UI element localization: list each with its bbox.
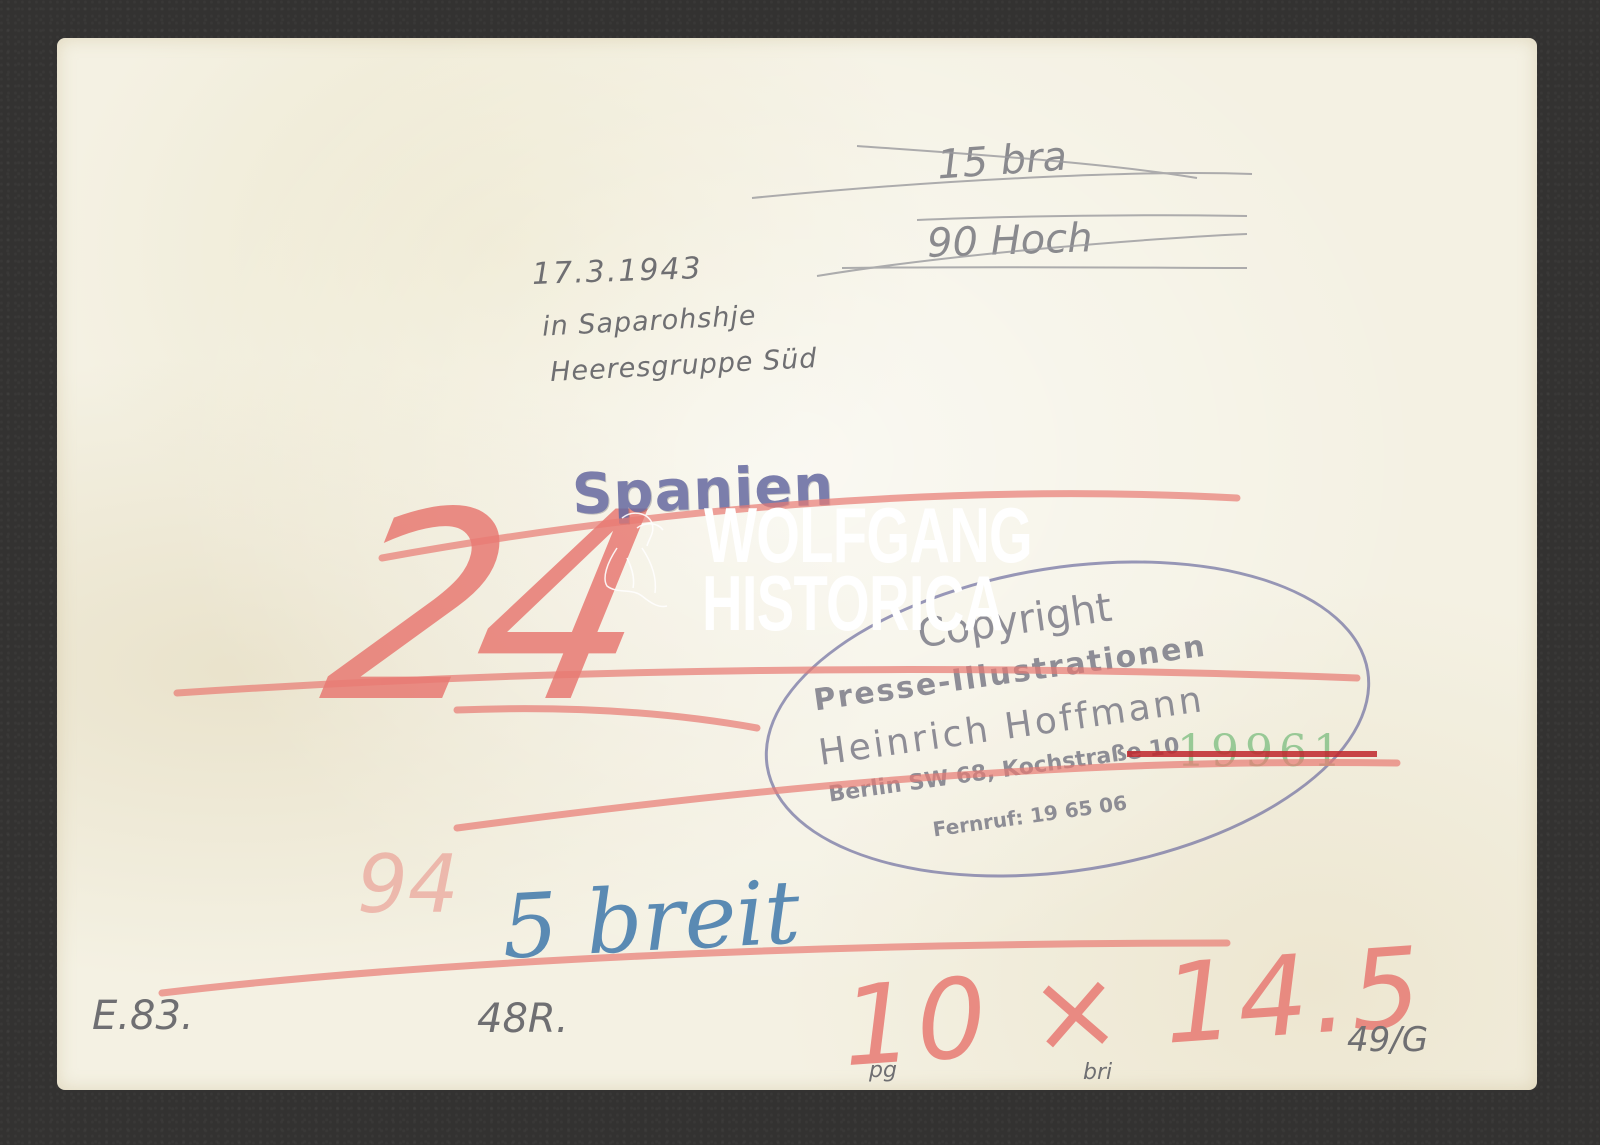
goat-head-icon	[597, 508, 677, 618]
handwritten-army-group: Heeresgruppe Süd	[549, 343, 818, 388]
faint-red-number: 94	[357, 838, 459, 931]
pencil-ref-left: E.83.	[92, 993, 194, 1039]
pencil-initials-2: bri	[1083, 1060, 1112, 1085]
watermark-line-2: HISTORICA	[702, 566, 1003, 640]
handwritten-location: in Saparohshje	[541, 300, 757, 342]
pencil-ref-right: 49/G	[1347, 1020, 1428, 1060]
blue-crayon-note: 5 breit	[500, 860, 803, 978]
crossed-note-line-2: 90 Hoch	[926, 215, 1093, 267]
handwritten-date: 17.3.1943	[531, 251, 703, 292]
crossed-note-line-1: 15 bra	[936, 134, 1069, 189]
photo-reverse-paper: 15 bra 90 Hoch 17.3.1943 in Saparohshje …	[57, 38, 1537, 1090]
pencil-initials-1: pg	[869, 1058, 897, 1083]
red-crayon-dimensions: 10 × 14.5	[838, 923, 1429, 1090]
green-archive-number: 19961	[1177, 726, 1347, 777]
pencil-ref-mid: 48R.	[477, 996, 568, 1042]
